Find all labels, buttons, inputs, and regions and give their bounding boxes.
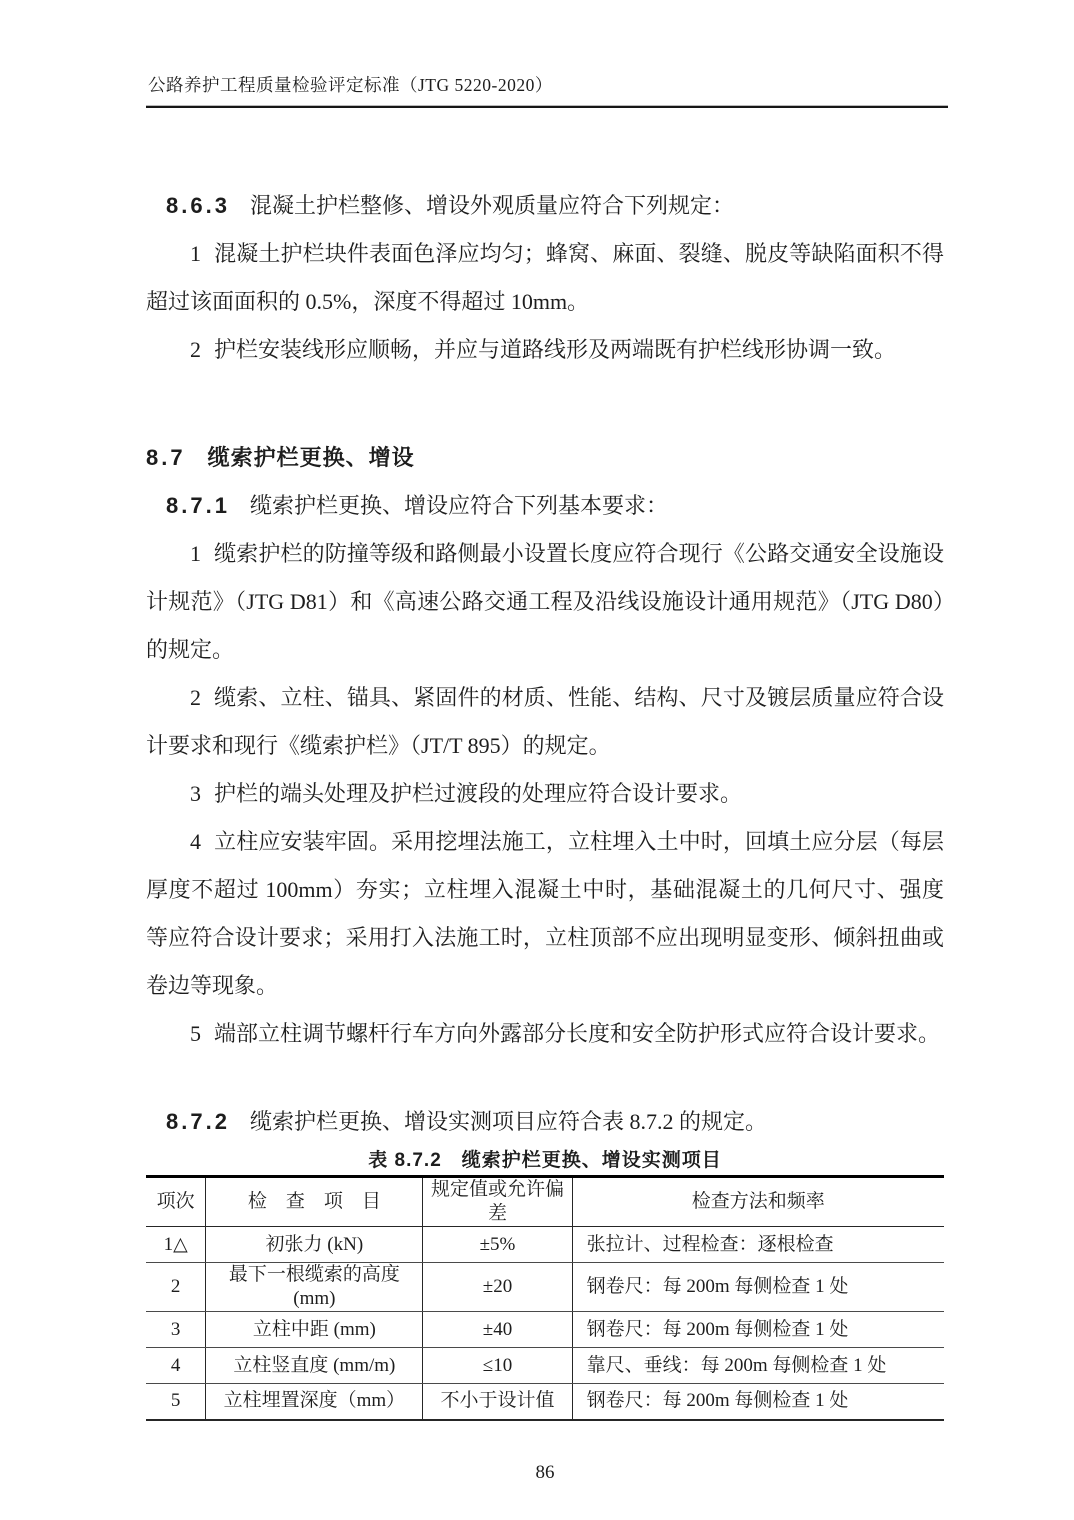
page-header: 公路养护工程质量检验评定标准（JTG 5220-2020） (146, 0, 948, 108)
cell-item-no: 3 (146, 1312, 206, 1348)
spec-table-8-7-2: 项次 检 查 项 目 规定值或允许偏差 检查方法和频率 1△ 初张力 (kN) … (146, 1175, 944, 1421)
clause-8-7-1-heading: 8.7.1缆索护栏更换、增设应符合下列基本要求： (146, 482, 944, 530)
cell-item-no: 5 (146, 1384, 206, 1420)
table-row: 5 立柱埋置深度（mm） 不小于设计值 钢卷尺：每 200m 每侧检查 1 处 (146, 1384, 944, 1420)
clause-8-6-3-item-1: 1混凝土护栏块件表面色泽应均匀；蜂窝、麻面、裂缝、脱皮等缺陷面积不得超过该面面积… (146, 230, 944, 326)
item-text: 护栏安装线形应顺畅，并应与道路线形及两端既有护栏线形协调一致。 (214, 337, 896, 362)
clause-8-6-3-heading: 8.6.3混凝土护栏整修、增设外观质量应符合下列规定： (146, 182, 944, 230)
item-text: 端部立柱调节螺杆行车方向外露部分长度和安全防护形式应符合设计要求。 (214, 1021, 940, 1046)
cell-method: 靠尺、垂线：每 200m 每侧检查 1 处 (572, 1348, 944, 1384)
col-header-inspection-item: 检 查 项 目 (206, 1177, 423, 1227)
clause-number: 8.6.3 (166, 193, 230, 218)
item-number: 2 (190, 337, 201, 362)
table-header-row: 项次 检 查 项 目 规定值或允许偏差 检查方法和频率 (146, 1177, 944, 1227)
cell-tolerance: 不小于设计值 (423, 1384, 572, 1420)
clause-number: 8.7.2 (166, 1109, 230, 1134)
cell-tolerance: ≤10 (423, 1348, 572, 1384)
cell-inspection-item: 最下一根缆索的高度 (mm) (206, 1263, 423, 1312)
item-number: 1 (190, 241, 201, 266)
cell-item-no: 1△ (146, 1227, 206, 1263)
clause-8-7-2-heading: 8.7.2缆索护栏更换、增设实测项目应符合表 8.7.2 的规定。 (146, 1098, 944, 1146)
table-row: 4 立柱竖直度 (mm/m) ≤10 靠尺、垂线：每 200m 每侧检查 1 处 (146, 1348, 944, 1384)
clause-8-7-1-item-3: 3护栏的端头处理及护栏过渡段的处理应符合设计要求。 (146, 770, 944, 818)
cell-inspection-item: 立柱竖直度 (mm/m) (206, 1348, 423, 1384)
table-8-7-2-title: 表 8.7.2 缆索护栏更换、增设实测项目 (146, 1148, 944, 1174)
item-number: 3 (190, 781, 201, 806)
document-page: 公路养护工程质量检验评定标准（JTG 5220-2020） 8.6.3混凝土护栏… (0, 0, 1074, 1520)
table-row: 1△ 初张力 (kN) ±5% 张拉计、过程检查：逐根检查 (146, 1227, 944, 1263)
item-text: 缆索护栏的防撞等级和路侧最小设置长度应符合现行《公路交通安全设施设计规范》（JT… (146, 541, 944, 662)
page-content: 8.6.3混凝土护栏整修、增设外观质量应符合下列规定： 1混凝土护栏块件表面色泽… (146, 182, 944, 1497)
item-number: 1 (190, 541, 201, 566)
cell-tolerance: ±40 (423, 1312, 572, 1348)
cell-item-no: 4 (146, 1348, 206, 1384)
section-title: 缆索护栏更换、增设 (208, 445, 415, 470)
clause-8-7-1-item-2: 2缆索、立柱、锚具、紧固件的材质、性能、结构、尺寸及镀层质量应符合设计要求和现行… (146, 674, 944, 770)
col-header-item-no: 项次 (146, 1177, 206, 1227)
item-text: 立柱应安装牢固。采用挖埋法施工，立柱埋入土中时，回填土应分层（每层厚度不超过 1… (146, 829, 944, 998)
item-number: 4 (190, 829, 201, 854)
clause-8-6-3-item-2: 2护栏安装线形应顺畅，并应与道路线形及两端既有护栏线形协调一致。 (146, 326, 944, 374)
item-number: 5 (190, 1021, 201, 1046)
cell-inspection-item: 初张力 (kN) (206, 1227, 423, 1263)
cell-tolerance: ±20 (423, 1263, 572, 1312)
clause-heading-text: 混凝土护栏整修、增设外观质量应符合下列规定： (250, 193, 734, 218)
item-text: 缆索、立柱、锚具、紧固件的材质、性能、结构、尺寸及镀层质量应符合设计要求和现行《… (146, 685, 944, 758)
cell-method: 钢卷尺：每 200m 每侧检查 1 处 (572, 1384, 944, 1420)
cell-tolerance: ±5% (423, 1227, 572, 1263)
clause-number: 8.7.1 (166, 493, 230, 518)
clause-8-7-1-item-1: 1缆索护栏的防撞等级和路侧最小设置长度应符合现行《公路交通安全设施设计规范》（J… (146, 530, 944, 674)
cell-method: 张拉计、过程检查：逐根检查 (572, 1227, 944, 1263)
clause-8-7-1-item-4: 4立柱应安装牢固。采用挖埋法施工，立柱埋入土中时，回填土应分层（每层厚度不超过 … (146, 818, 944, 1010)
table-row: 3 立柱中距 (mm) ±40 钢卷尺：每 200m 每侧检查 1 处 (146, 1312, 944, 1348)
cell-item-no: 2 (146, 1263, 206, 1312)
clause-text: 缆索护栏更换、增设实测项目应符合表 8.7.2 的规定。 (250, 1109, 767, 1134)
clause-8-7-1-item-5: 5端部立柱调节螺杆行车方向外露部分长度和安全防护形式应符合设计要求。 (146, 1010, 944, 1058)
col-header-method: 检查方法和频率 (572, 1177, 944, 1227)
item-text: 护栏的端头处理及护栏过渡段的处理应符合设计要求。 (214, 781, 742, 806)
cell-method: 钢卷尺：每 200m 每侧检查 1 处 (572, 1263, 944, 1312)
section-number: 8.7 (146, 445, 186, 470)
page-number: 86 (146, 1449, 944, 1497)
clause-heading-text: 缆索护栏更换、增设应符合下列基本要求： (250, 493, 668, 518)
cell-method: 钢卷尺：每 200m 每侧检查 1 处 (572, 1312, 944, 1348)
item-text: 混凝土护栏块件表面色泽应均匀；蜂窝、麻面、裂缝、脱皮等缺陷面积不得超过该面面积的… (146, 241, 944, 314)
cell-inspection-item: 立柱中距 (mm) (206, 1312, 423, 1348)
item-number: 2 (190, 685, 201, 710)
section-8-7-heading: 8.7缆索护栏更换、增设 (146, 434, 944, 482)
table-row: 2 最下一根缆索的高度 (mm) ±20 钢卷尺：每 200m 每侧检查 1 处 (146, 1263, 944, 1312)
col-header-tolerance: 规定值或允许偏差 (423, 1177, 572, 1227)
document-title: 公路养护工程质量检验评定标准（JTG 5220-2020） (148, 75, 553, 95)
cell-inspection-item: 立柱埋置深度（mm） (206, 1384, 423, 1420)
